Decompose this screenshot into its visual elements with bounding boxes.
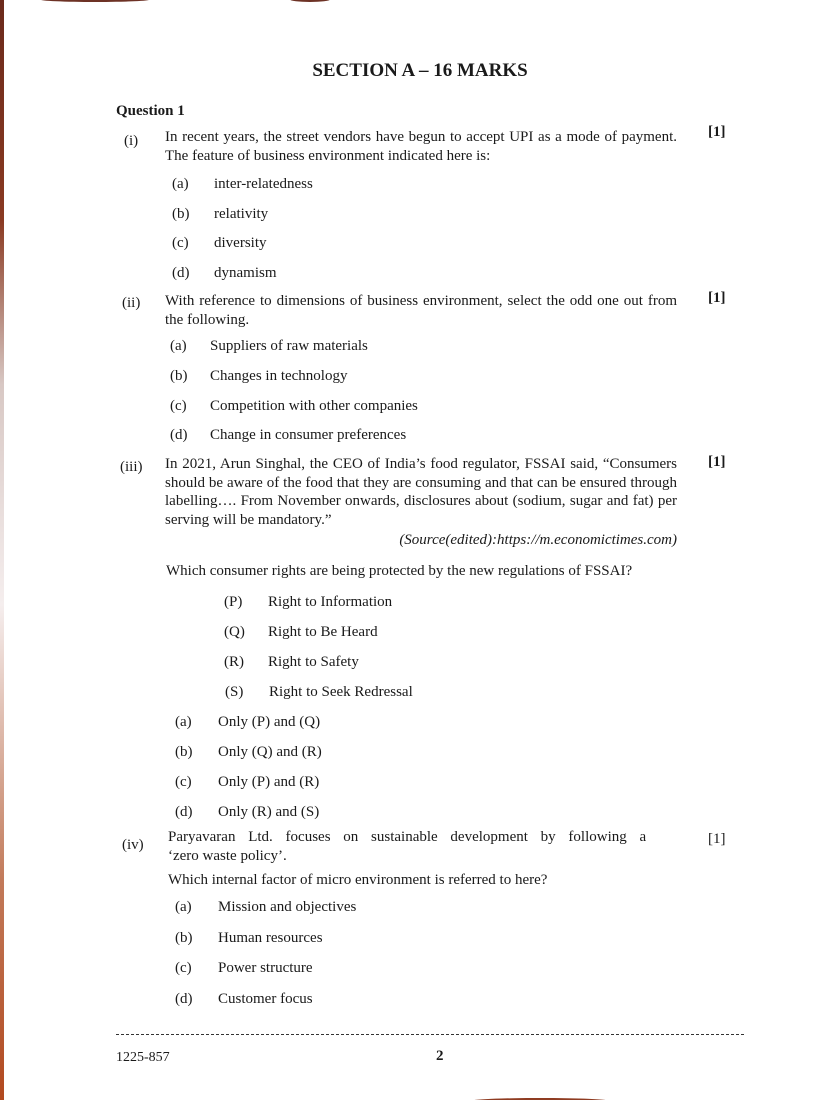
question-stem: Paryavaran Ltd. focuses on sustainable d… bbox=[168, 828, 680, 847]
option-label: (c) bbox=[172, 235, 189, 252]
option-label: (b) bbox=[175, 744, 193, 761]
option-label: (a) bbox=[172, 176, 189, 193]
question-stem: In recent years, the street vendors have… bbox=[165, 128, 677, 165]
statement-label: (P) bbox=[224, 594, 242, 611]
marks: [1] bbox=[708, 290, 726, 307]
question-number: (iii) bbox=[120, 459, 143, 476]
paper-code: 1225-857 bbox=[116, 1050, 170, 1066]
statement-text: Right to Information bbox=[268, 594, 392, 611]
option-text[interactable]: Mission and objectives bbox=[218, 899, 356, 916]
question-number: (i) bbox=[124, 133, 138, 150]
option-label: (a) bbox=[175, 899, 192, 916]
statement-label: (Q) bbox=[224, 624, 245, 641]
page-number: 2 bbox=[436, 1048, 444, 1065]
background-edge bbox=[290, 0, 330, 2]
question-prompt: Which consumer rights are being protecte… bbox=[166, 562, 632, 581]
option-text[interactable]: Only (R) and (S) bbox=[218, 804, 319, 821]
page-edge-shadow bbox=[0, 0, 4, 1100]
option-text[interactable]: Customer focus bbox=[218, 991, 313, 1008]
option-text[interactable]: Only (Q) and (R) bbox=[218, 744, 322, 761]
option-text[interactable]: diversity bbox=[214, 235, 267, 252]
option-text[interactable]: Changes in technology bbox=[210, 368, 347, 385]
option-text[interactable]: Competition with other companies bbox=[210, 398, 418, 415]
option-text[interactable]: relativity bbox=[214, 206, 268, 223]
option-text[interactable]: Change in consumer preferences bbox=[210, 427, 406, 444]
background-edge bbox=[40, 0, 150, 2]
marks: [1] bbox=[708, 831, 726, 848]
question-number: (iv) bbox=[122, 837, 144, 854]
question-heading: Question 1 bbox=[116, 103, 185, 120]
question-prompt: Which internal factor of micro environme… bbox=[168, 871, 547, 890]
option-text[interactable]: Suppliers of raw materials bbox=[210, 338, 368, 355]
marks: [1] bbox=[708, 454, 726, 471]
statement-text: Right to Safety bbox=[268, 654, 359, 671]
option-text[interactable]: inter-relatedness bbox=[214, 176, 313, 193]
option-text[interactable]: dynamism bbox=[214, 265, 277, 282]
option-label: (c) bbox=[175, 960, 192, 977]
question-number: (ii) bbox=[122, 295, 140, 312]
section-title: SECTION A – 16 MARKS bbox=[0, 60, 834, 82]
option-label: (c) bbox=[170, 398, 187, 415]
source-citation: (Source(edited):https://m.economictimes.… bbox=[165, 532, 677, 549]
option-label: (a) bbox=[175, 714, 192, 731]
option-label: (d) bbox=[172, 265, 190, 282]
option-label: (a) bbox=[170, 338, 187, 355]
statement-label: (R) bbox=[224, 654, 244, 671]
option-label: (b) bbox=[175, 930, 193, 947]
option-text[interactable]: Only (P) and (R) bbox=[218, 774, 319, 791]
option-text[interactable]: Only (P) and (Q) bbox=[218, 714, 320, 731]
option-label: (b) bbox=[170, 368, 188, 385]
footer-divider bbox=[116, 1034, 744, 1035]
question-stem: With reference to dimensions of business… bbox=[165, 292, 677, 329]
option-text[interactable]: Human resources bbox=[218, 930, 323, 947]
option-label: (c) bbox=[175, 774, 192, 791]
option-label: (d) bbox=[170, 427, 188, 444]
option-label: (b) bbox=[172, 206, 190, 223]
marks: [1] bbox=[708, 124, 726, 141]
statement-text: Right to Seek Redressal bbox=[269, 684, 413, 701]
question-stem-continued: ‘zero waste policy’. bbox=[168, 847, 287, 866]
option-label: (d) bbox=[175, 991, 193, 1008]
question-stem: In 2021, Arun Singhal, the CEO of India’… bbox=[165, 455, 677, 529]
statement-label: (S) bbox=[225, 684, 243, 701]
option-label: (d) bbox=[175, 804, 193, 821]
statement-text: Right to Be Heard bbox=[268, 624, 378, 641]
option-text[interactable]: Power structure bbox=[218, 960, 313, 977]
